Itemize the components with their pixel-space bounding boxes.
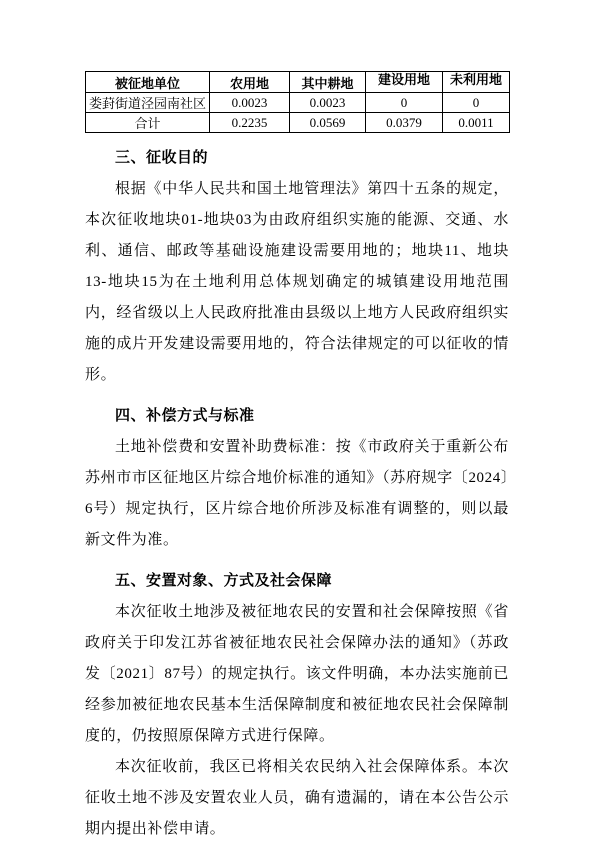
header-cell-construction-land: 建设用地 — [366, 72, 443, 93]
land-area-table: 被征地单位 农用地 其中耕地 建设用地 未利用地 娄葑街道泾园南社区 0.002… — [85, 71, 510, 133]
header-cell-unused-land: 未利用地 — [443, 72, 510, 93]
cell-value: 0.0011 — [443, 113, 510, 133]
document-page: 被征地单位 农用地 其中耕地 建设用地 未利用地 娄葑街道泾园南社区 0.002… — [0, 0, 595, 841]
header-cell-unit: 被征地单位 — [86, 72, 210, 93]
document-content: 被征地单位 农用地 其中耕地 建设用地 未利用地 娄葑街道泾园南社区 0.002… — [85, 71, 509, 841]
cell-value: 0.2235 — [210, 113, 290, 133]
section-heading-compensation: 四、补偿方式与标准 — [85, 403, 509, 429]
paragraph: 根据《中华人民共和国土地管理法》第四十五条的规定，本次征收地块01-地块03为由… — [85, 174, 509, 391]
paragraph: 本次征收土地涉及被征地农民的安置和社会保障按照《省政府关于印发江苏省被征地农民社… — [85, 597, 509, 752]
table-row: 娄葑街道泾园南社区 0.0023 0.0023 0 0 — [86, 93, 510, 113]
cell-value: 0.0569 — [290, 113, 366, 133]
cell-value: 0 — [366, 93, 443, 113]
header-cell-agricultural-land: 农用地 — [210, 72, 290, 93]
cell-value: 0.0023 — [290, 93, 366, 113]
section-heading-purpose: 三、征收目的 — [85, 145, 509, 171]
table-header-row: 被征地单位 农用地 其中耕地 建设用地 未利用地 — [86, 72, 510, 93]
cell-value: 0.0023 — [210, 93, 290, 113]
header-cell-cultivated-land: 其中耕地 — [290, 72, 366, 93]
cell-unit-name: 娄葑街道泾园南社区 — [86, 93, 210, 113]
paragraph: 土地补偿费和安置补助费标准：按《市政府关于重新公布苏州市市区征地区片综合地价标准… — [85, 432, 509, 556]
section-purpose: 三、征收目的 根据《中华人民共和国土地管理法》第四十五条的规定，本次征收地块01… — [85, 145, 509, 391]
section-compensation: 四、补偿方式与标准 土地补偿费和安置补助费标准：按《市政府关于重新公布苏州市市区… — [85, 403, 509, 556]
cell-total-label: 合计 — [86, 113, 210, 133]
cell-value: 0 — [443, 93, 510, 113]
table-total-row: 合计 0.2235 0.0569 0.0379 0.0011 — [86, 113, 510, 133]
section-resettlement: 五、安置对象、方式及社会保障 本次征收土地涉及被征地农民的安置和社会保障按照《省… — [85, 568, 509, 841]
cell-value: 0.0379 — [366, 113, 443, 133]
paragraph: 本次征收前，我区已将相关农民纳入社会保障体系。本次征收土地不涉及安置农业人员，确… — [85, 752, 509, 841]
section-heading-resettlement: 五、安置对象、方式及社会保障 — [85, 568, 509, 594]
